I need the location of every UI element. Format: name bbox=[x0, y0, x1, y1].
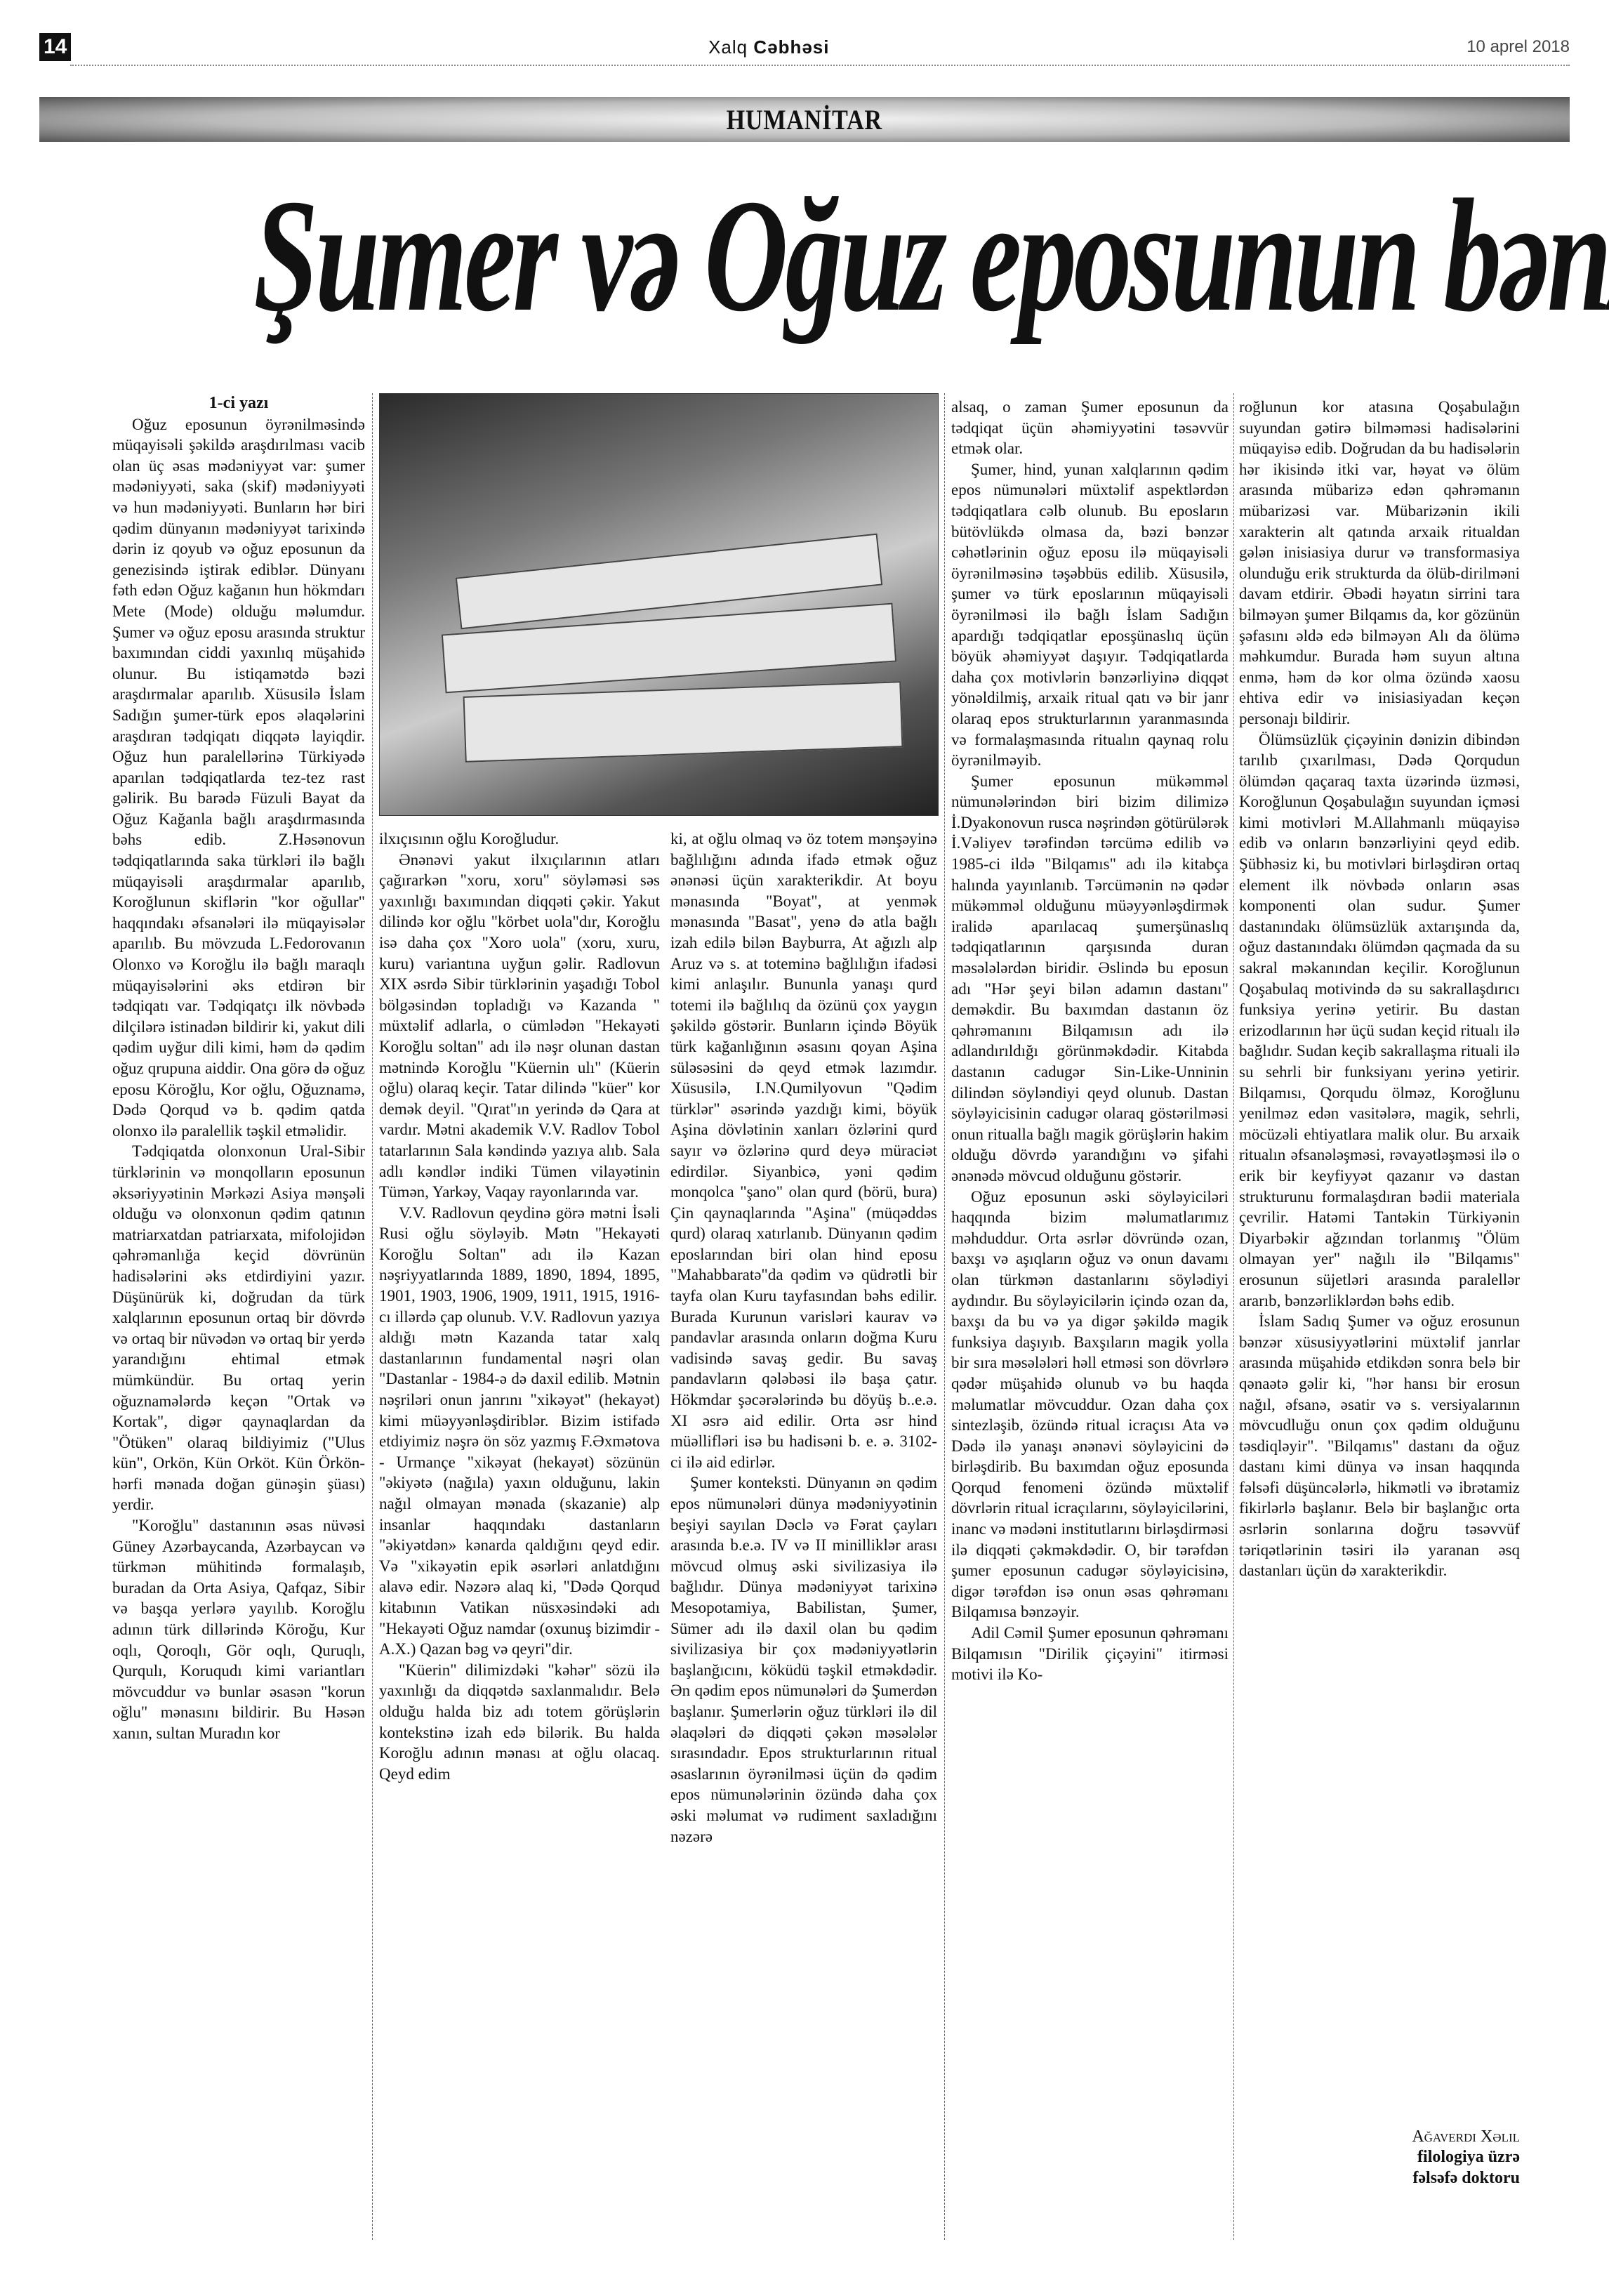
paragraph: ilxıçısının oğlu Koroğludur. bbox=[379, 829, 660, 850]
column-divider bbox=[944, 393, 945, 2240]
paragraph: Şumer, hind, yunan xalqlarının qədim epo… bbox=[951, 459, 1229, 771]
paragraph: roğlunun kor atasına Qoşabulağın suyunda… bbox=[1239, 397, 1520, 730]
paragraph: "Küerin" dilimizdəki "kəhər" sözü ilə ya… bbox=[379, 1660, 660, 1785]
paragraph: alsaq, o zaman Şumer eposunun da tədqiqa… bbox=[951, 397, 1229, 459]
paragraph: Adil Cəmil Şumer eposunun qəhrəmanı Bilq… bbox=[951, 1623, 1229, 1685]
article-column-3: ki, at oğlu olmaq və öz totem mənşəyinə … bbox=[670, 829, 937, 1847]
article-column-4: alsaq, o zaman Şumer eposunun da tədqiqa… bbox=[951, 397, 1229, 1685]
section-title: HUMANİTAR bbox=[727, 103, 882, 136]
header-divider bbox=[70, 65, 1570, 66]
paragraph: Ölümsüzlük çiçəyinin dənizin dibindən ta… bbox=[1239, 730, 1520, 1312]
paragraph: Şumer konteksti. Dünyanın ən qədim epos … bbox=[670, 1472, 937, 1847]
book-shape bbox=[463, 681, 903, 763]
author-name: Ağaverdi Xəlil bbox=[1239, 2127, 1520, 2146]
masthead-light: Xalq bbox=[708, 37, 753, 58]
books-stack-photo bbox=[379, 393, 939, 816]
author-title-line1: filologiya üzrə bbox=[1239, 2146, 1520, 2168]
paragraph: V.V. Radlovun qeydinə görə mətni İsəli R… bbox=[379, 1203, 660, 1660]
section-banner: HUMANİTAR bbox=[39, 97, 1570, 142]
paragraph: Şumer eposunun mükəmməl nümunələrindən b… bbox=[951, 771, 1229, 1187]
article-column-2: ilxıçısının oğlu Koroğludur. Ənənəvi yak… bbox=[379, 829, 660, 1784]
paragraph: Ənənəvi yakut ilxıçılarının atları çağır… bbox=[379, 850, 660, 1203]
masthead-bold: Cəbhəsi bbox=[753, 37, 829, 58]
column-divider bbox=[372, 393, 373, 2240]
column-divider bbox=[1233, 393, 1234, 2240]
paragraph: Oğuz eposunun öyrənilməsində müqayisəli … bbox=[112, 414, 365, 1142]
paragraph: Tədqiqatda olonxonun Ural-Sibir türkləri… bbox=[112, 1141, 365, 1515]
article-column-1: 1-ci yazı Oğuz eposunun öyrənilməsində m… bbox=[112, 393, 365, 1744]
page-number: 14 bbox=[39, 33, 71, 61]
masthead: Xalq Cəbhəsi bbox=[708, 37, 829, 58]
paragraph: Oğuz eposunun əski söyləyiciləri haqqınd… bbox=[951, 1187, 1229, 1623]
paragraph: "Koroğlu" dastanının əsas nüvəsi Güney A… bbox=[112, 1515, 365, 1744]
article-headline: Şumer və Oğuz eposunun bənzərliyi bbox=[253, 150, 1356, 361]
article-column-5: roğlunun kor atasına Qoşabulağın suyunda… bbox=[1239, 397, 1520, 1581]
author-title-line2: fəlsəfə doktoru bbox=[1239, 2168, 1520, 2189]
author-byline: Ağaverdi Xəlil filologiya üzrə fəlsəfə d… bbox=[1239, 2127, 1520, 2189]
paragraph: İslam Sadıq Şumer və oğuz erosunun bənzə… bbox=[1239, 1311, 1520, 1581]
article-subhead: 1-ci yazı bbox=[112, 393, 365, 414]
paragraph: ki, at oğlu olmaq və öz totem mənşəyinə … bbox=[670, 829, 937, 1472]
page-header: 14 Xalq Cəbhəsi 10 aprel 2018 bbox=[39, 31, 1570, 63]
issue-date: 10 aprel 2018 bbox=[1466, 37, 1570, 57]
